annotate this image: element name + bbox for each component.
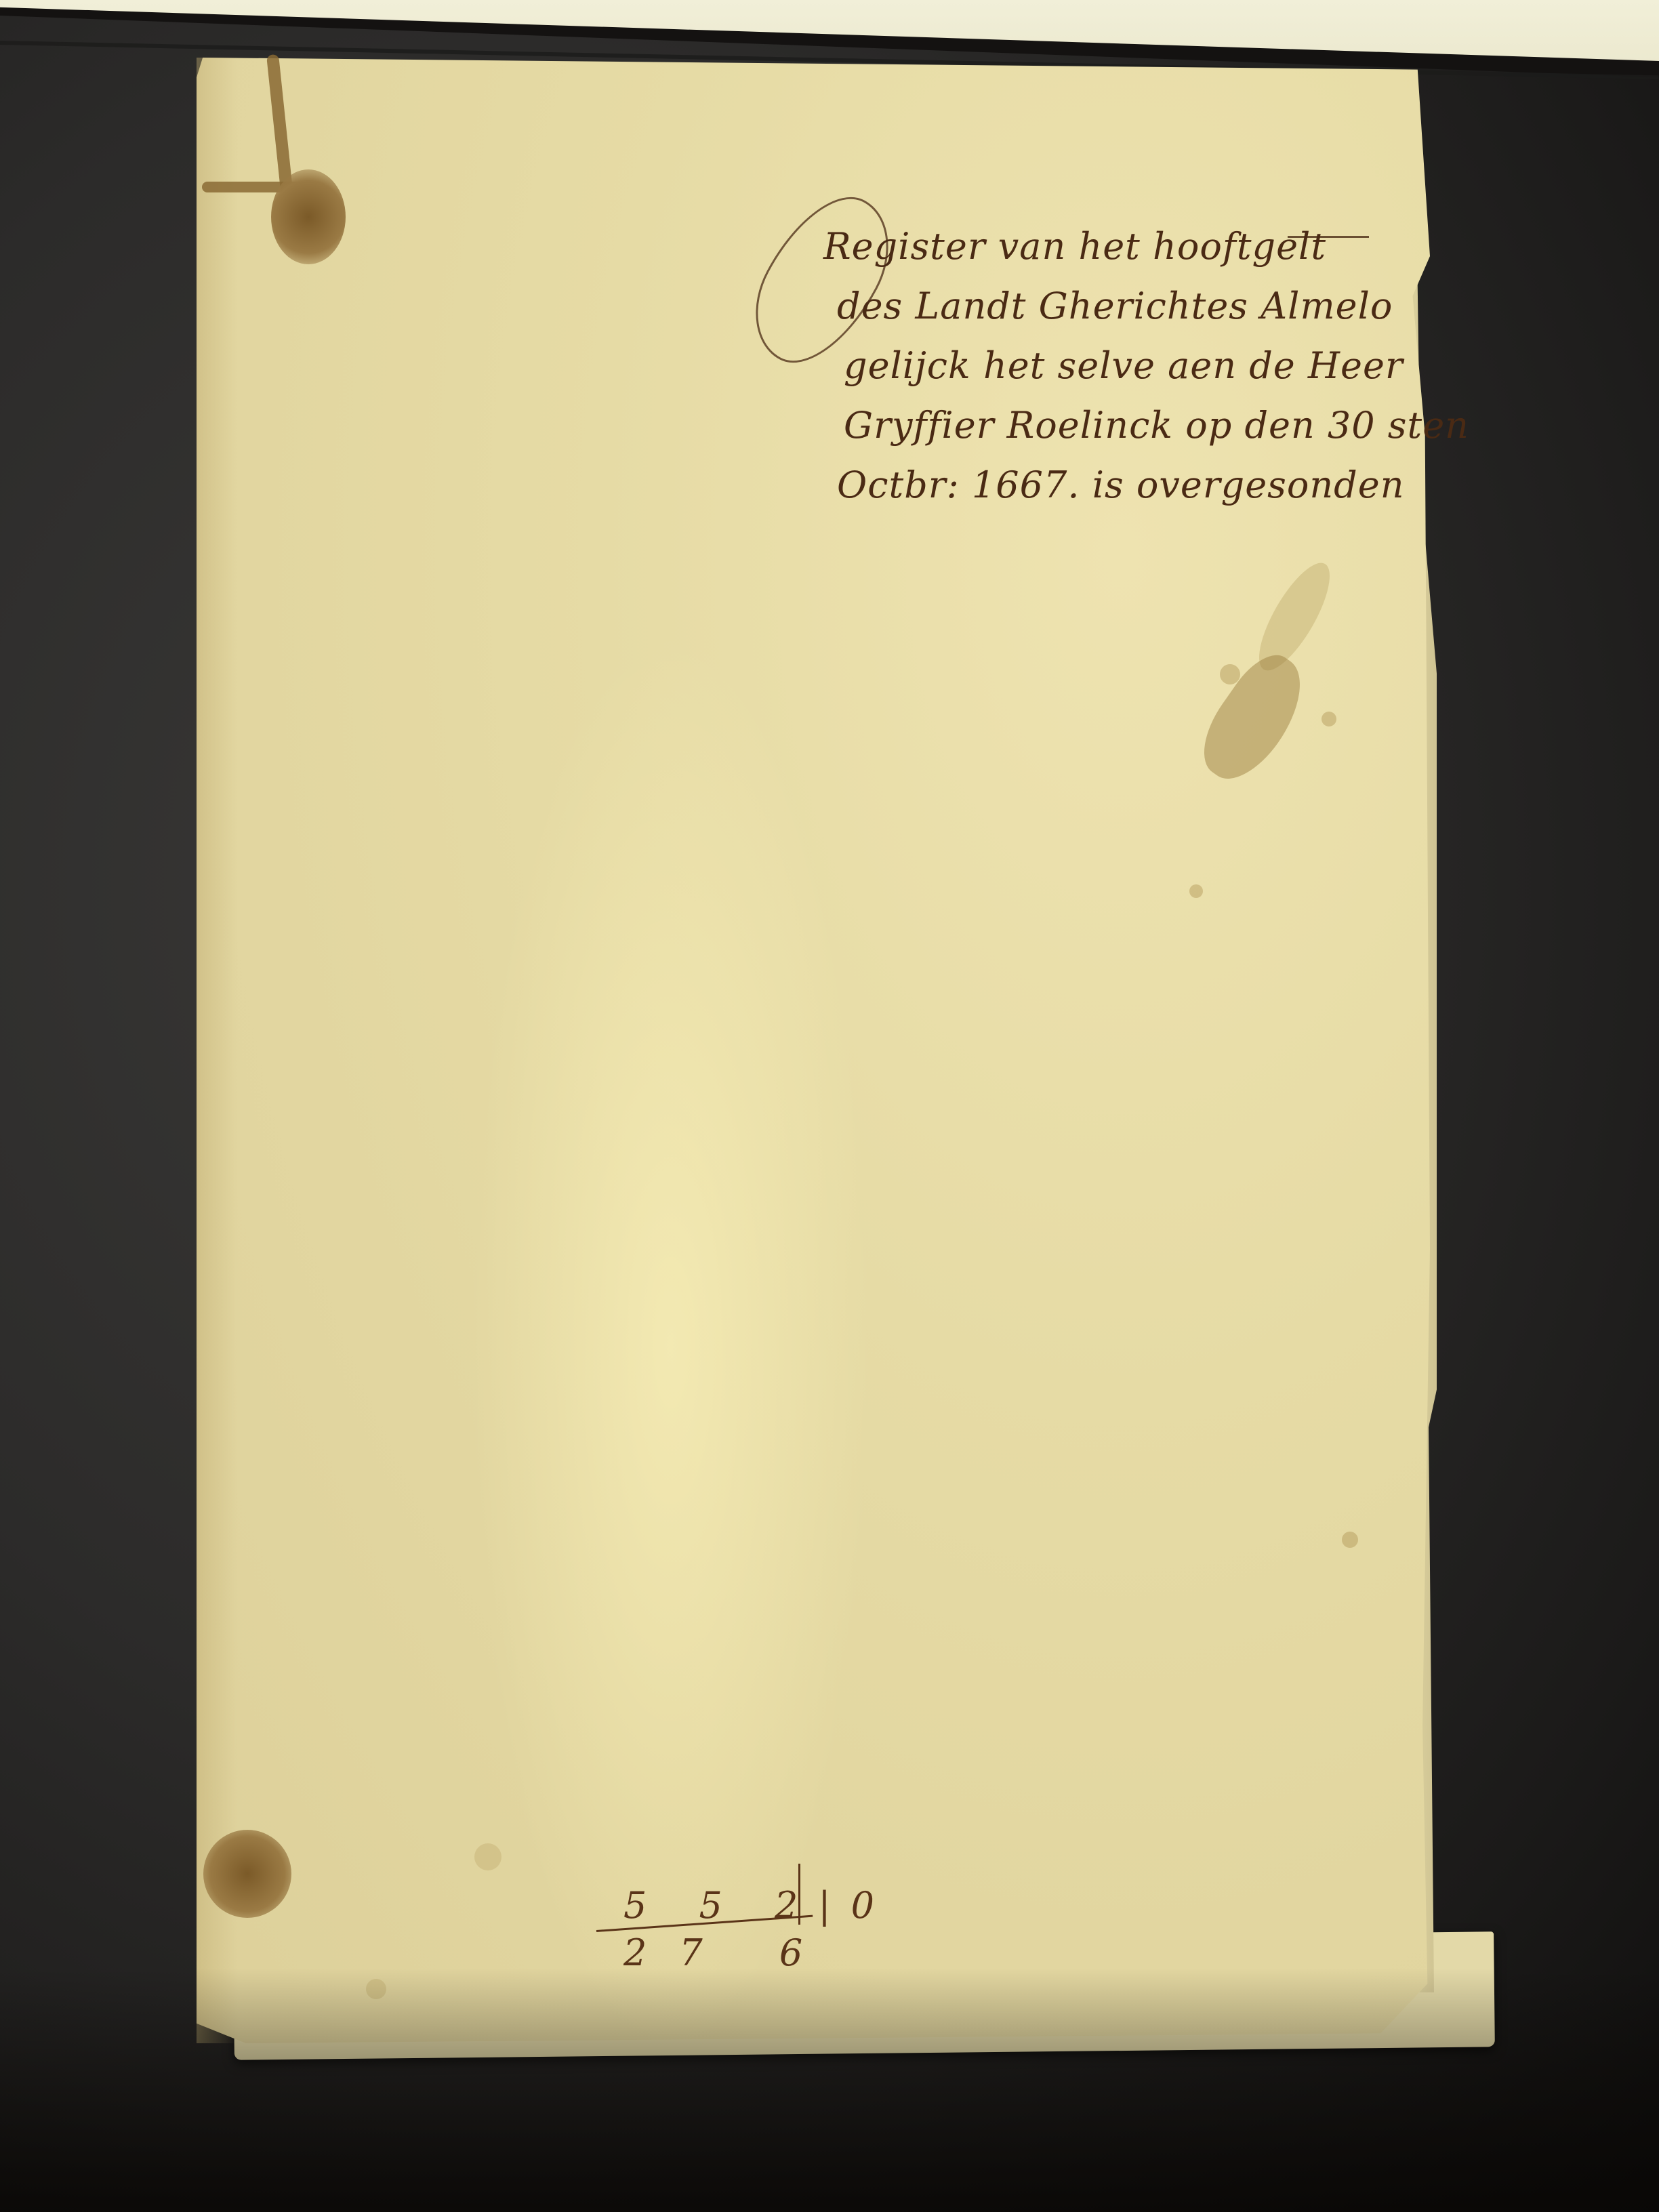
bottom-shadow [0,1968,1659,2212]
binding-knot-top [271,169,346,264]
inscription-line-4: Gryffier Roelinck op den 30 sten [796,396,1433,455]
inscription-line-1: Register van het hooftgelt [796,217,1433,276]
stain-dot [1189,884,1203,898]
handwritten-inscription: Register van het hooftgelt des Landt Ghe… [796,217,1433,515]
inscription-line-3: gelijck het selve aen de Heer [796,336,1433,396]
binding-knot-bottom [203,1830,291,1918]
inscription-line-2: des Landt Gherichtes Almelo [796,276,1433,336]
stain-dot [1220,664,1240,684]
page-spine-shade [197,58,237,2043]
stain-dot [474,1843,501,1870]
inscription-line-5: Octbr: 1667. is overgesonden [796,455,1433,515]
tally-vertical-bar [798,1864,800,1925]
stain-dot [1342,1532,1358,1548]
stain-dot [1322,712,1336,726]
